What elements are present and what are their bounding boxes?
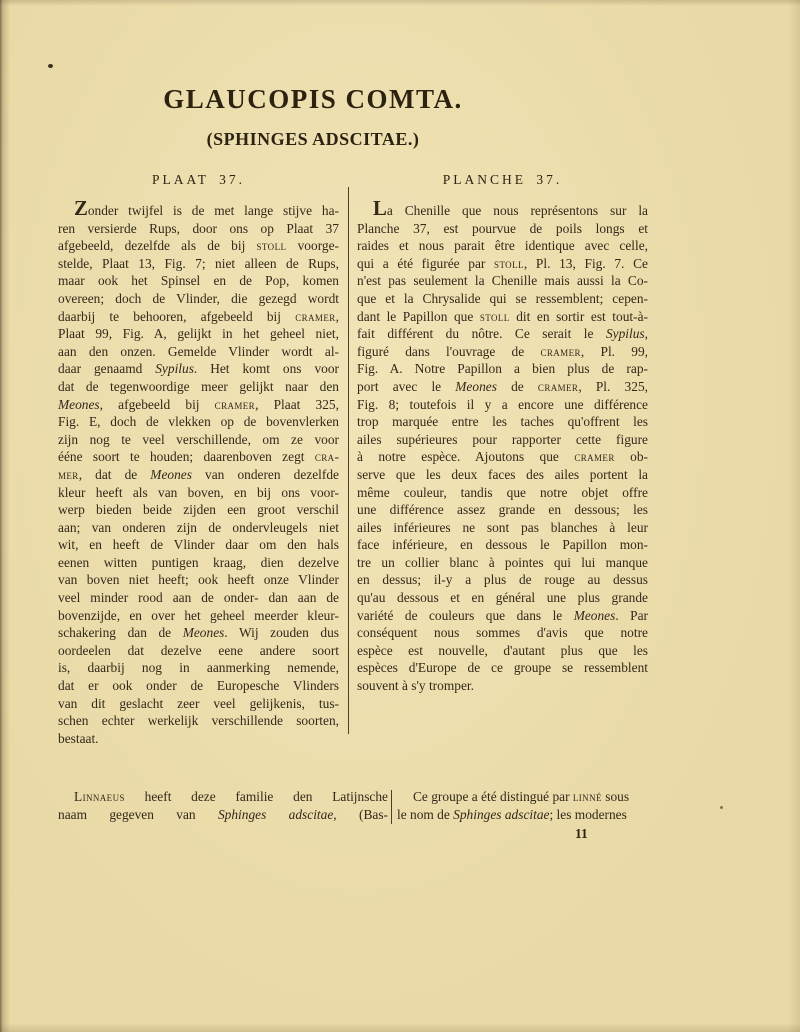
small-caps-name: linné xyxy=(573,789,602,804)
text-line: schakering dan de Meones. Wij zouden dus xyxy=(58,624,339,642)
small-caps-name: cramer xyxy=(540,344,580,359)
text-line: La Chenille que nous représentons sur la xyxy=(357,202,648,220)
text-line: eenen witten puntigen kraag, dien dezelv… xyxy=(58,554,339,572)
left-column-header: PLAAT 37. xyxy=(58,172,339,188)
small-caps-name: cramer xyxy=(295,309,335,324)
text-line: bovenzijde, en over het geheel meerder k… xyxy=(58,607,339,625)
text-line: schen echter werkelijk verschillende soo… xyxy=(58,712,339,730)
paper-speck xyxy=(720,806,723,809)
right-column-header: PLANCHE 37. xyxy=(357,172,648,188)
italic-term: Meones xyxy=(58,397,100,412)
text-line: oordeelen dat dezelve eene andere soort xyxy=(58,642,339,660)
paper-speck xyxy=(48,64,53,68)
column-divider-rule xyxy=(348,187,349,734)
small-caps-name: cramer xyxy=(215,397,255,412)
text-line: en dessus; il-y a plus de rouge au dessu… xyxy=(357,571,648,589)
text-line: variété de couleurs que dans le Meones. … xyxy=(357,607,648,625)
text-line: ailes inférieures ne sont pas blanches à… xyxy=(357,519,648,537)
small-caps-name: cra xyxy=(315,449,335,464)
italic-term: Sypilus xyxy=(606,326,645,341)
text-line: kleur heeft als van boven, en bij ons vo… xyxy=(58,484,339,502)
text-line: naam gegeven van Sphinges adscitae, (Bas… xyxy=(58,806,388,824)
text-line: tre un collier blanc à pointes qui lui m… xyxy=(357,554,648,572)
text-line: à notre espèce. Ajoutons que cramer ob- xyxy=(357,448,648,466)
left-column-footer-text: Linnaeus heeft deze familie den Latijnsc… xyxy=(58,788,388,823)
text-line: veel minder rood aan de onder- dan aan d… xyxy=(58,589,339,607)
text-line: qu'au dessous et en général une plus gra… xyxy=(357,589,648,607)
text-line: souvent à s'y tromper. xyxy=(357,677,648,695)
text-line: dat de tegenwoordige meer gelijkt naar d… xyxy=(58,378,339,396)
small-caps-name: Linnaeus xyxy=(74,789,125,804)
text-line: face inférieure, en dessous le Papillon … xyxy=(357,536,648,554)
right-column-footer-text: Ce groupe a été distingué par linné sous… xyxy=(397,788,624,823)
text-line: qui a été figurée par stoll, Pl. 13, Fig… xyxy=(357,255,648,273)
text-line: Plaat 99, Fig. A, gelijkt in het geheel … xyxy=(58,325,339,343)
text-line: port avec le Meones de cramer, Pl. 325, xyxy=(357,378,648,396)
text-line: overeen; doch de Vlinder, die gezegd wor… xyxy=(58,290,339,308)
text-line: espèce est nouvelle, d'autant plus que l… xyxy=(357,642,648,660)
text-line: bestaat. xyxy=(58,730,339,748)
article-title: GLAUCOPIS COMTA. xyxy=(0,84,626,115)
text-line: Meones, afgebeeld bij cramer, Plaat 325, xyxy=(58,396,339,414)
text-line: espèces d'Europe de ce groupe se ressemb… xyxy=(357,659,648,677)
text-line: zijn nog te veel verschillende, om ze vo… xyxy=(58,431,339,449)
text-line: ééne soort te houden; daarenboven zegt c… xyxy=(58,448,339,466)
text-line: fait différent du nôtre. Ce serait le Sy… xyxy=(357,325,648,343)
small-caps-name: stoll xyxy=(257,238,287,253)
italic-term: Sypilus xyxy=(155,361,194,376)
text-line: dant le Papillon que stoll dit en sortir… xyxy=(357,308,648,326)
italic-term: Sphinges adscitae xyxy=(218,807,333,822)
text-line: is, daarbij nog in aanmerking nemende, xyxy=(58,659,339,677)
small-caps-name: cramer xyxy=(538,379,578,394)
text-line: ailes supérieures pour rapporter cette f… xyxy=(357,431,648,449)
italic-term: Meones xyxy=(183,625,225,640)
left-column-main-text: Zonder twijfel is de met lange stijve ha… xyxy=(58,202,339,747)
text-line: Ce groupe a été distingué par linné sous xyxy=(397,788,624,806)
text-line: Fig. E, doch de vlekken op de bovenvlerk… xyxy=(58,413,339,431)
text-line: figuré dans l'ouvrage de cramer, Pl. 99, xyxy=(357,343,648,361)
text-line: une différence assez grande en dessous; … xyxy=(357,501,648,519)
italic-term: Meones xyxy=(150,467,192,482)
text-line: Zonder twijfel is de met lange stijve ha… xyxy=(58,202,339,220)
text-line: werp bieden beide zijden een groot versc… xyxy=(58,501,339,519)
text-line: Linnaeus heeft deze familie den Latijnsc… xyxy=(58,788,388,806)
text-line: ren versierde Rups, door ons op Plaat 37 xyxy=(58,220,339,238)
footer-divider-rule xyxy=(391,790,392,824)
italic-term: Meones xyxy=(455,379,497,394)
text-line: Fig. A. Notre Papillon a bien plus de ra… xyxy=(357,360,648,378)
text-line: wit, en heeft de Vlinder daar om den hal… xyxy=(58,536,339,554)
small-caps-name: mer xyxy=(58,467,79,482)
text-line: aan den onzen. Gemelde Vlinder wordt al- xyxy=(58,343,339,361)
italic-term: Sphinges adscitae xyxy=(453,807,549,822)
text-line: van dit geslacht zeer veel gelijkenis, t… xyxy=(58,695,339,713)
small-caps-name: cramer xyxy=(574,449,614,464)
text-line: même couleur, tandis que notre objet off… xyxy=(357,484,648,502)
small-caps-name: stoll xyxy=(494,256,524,271)
text-line: maar ook het Spinsel en de Pop, komen xyxy=(58,272,339,290)
text-line: aan; van onderen zijn de ondervleugels n… xyxy=(58,519,339,537)
text-line: Fig. 8; toutefois il y a encore une diff… xyxy=(357,396,648,414)
page-number: 11 xyxy=(575,826,588,842)
text-line: n'est pas seulement la Chenille mais aus… xyxy=(357,272,648,290)
text-line: que et la Chrysalide qui se ressemblent;… xyxy=(357,290,648,308)
scanned-book-page: GLAUCOPIS COMTA. (SPHINGES ADSCITAE.) PL… xyxy=(0,0,800,1032)
text-line: serve que les deux faces des ailes porte… xyxy=(357,466,648,484)
text-line: stelde, Plaat 13, Fig. 7; niet alleen de… xyxy=(58,255,339,273)
text-line: le nom de Sphinges adscitae; les moderne… xyxy=(397,806,624,824)
article-subtitle: (SPHINGES ADSCITAE.) xyxy=(0,129,626,150)
small-caps-name: stoll xyxy=(480,309,510,324)
text-line: Planche 37, est pourvue de poils longs e… xyxy=(357,220,648,238)
text-line: mer, dat de Meones van onderen dezelfde xyxy=(58,466,339,484)
text-line: conséquent nous sommes d'avis que notre xyxy=(357,624,648,642)
text-line: raides et nous parait être identique ave… xyxy=(357,237,648,255)
text-line: daar genaamd Sypilus. Het komt ons voor xyxy=(58,360,339,378)
italic-term: Meones xyxy=(574,608,616,623)
right-column-main-text: La Chenille que nous représentons sur la… xyxy=(357,202,648,695)
text-line: trop marquée entre les taches qu'offrent… xyxy=(357,413,648,431)
text-line: daarbij te behooren, afgebeeld bij crame… xyxy=(58,308,339,326)
text-line: dat er ook onder de Europesche Vlinders xyxy=(58,677,339,695)
text-line: van boven niet heeft; ook heeft onze Vli… xyxy=(58,571,339,589)
text-line: afgebeeld, dezelfde als de bij stoll voo… xyxy=(58,237,339,255)
